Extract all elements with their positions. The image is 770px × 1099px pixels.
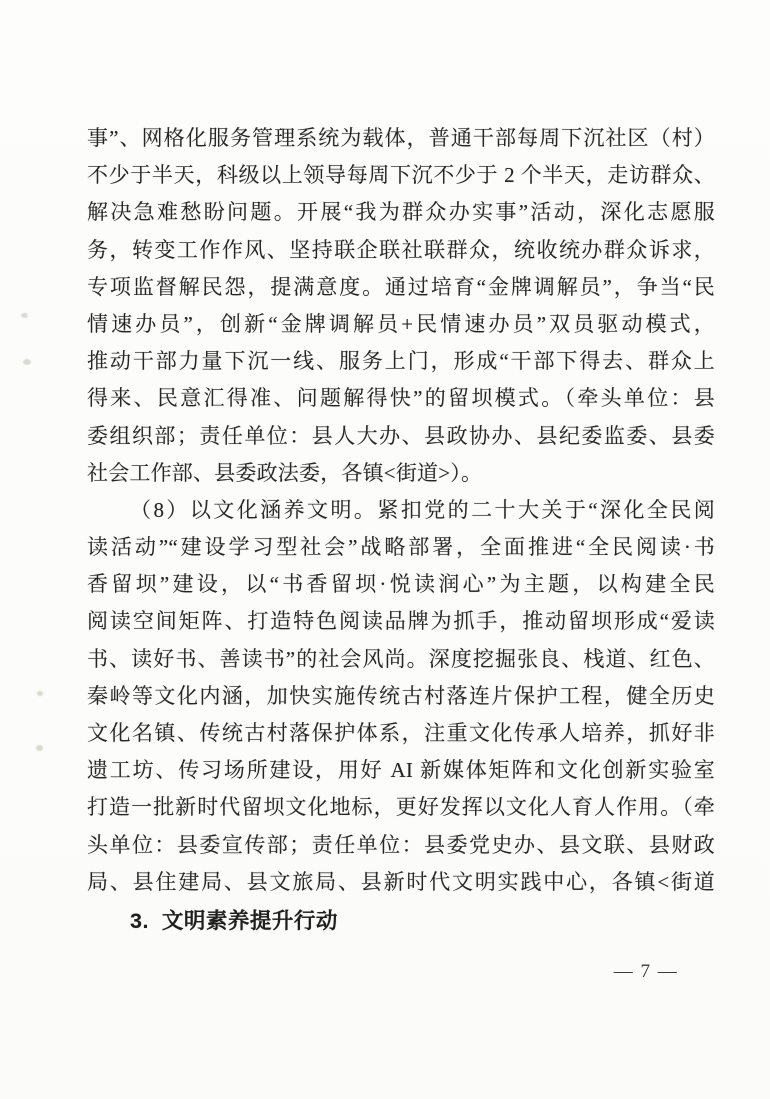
document-page: 事”、网格化服务管理系统为载体，普通干部每周下沉社区（村） 不少于半天，科级以上… xyxy=(0,0,770,1099)
text-line: 解决急难愁盼问题。开展“我为群众办实事”活动，深化志愿服 xyxy=(87,194,715,231)
scan-speck xyxy=(36,745,43,751)
paragraph-1: 事”、网格化服务管理系统为载体，普通干部每周下沉社区（村） 不少于半天，科级以上… xyxy=(87,120,715,492)
text-line: 文化名镇、传统古村落保护体系，注重文化传承人培养，抓好非 xyxy=(87,715,715,752)
text-line: 社会工作部、县委政法委，各镇<街道>）。 xyxy=(87,455,715,492)
paragraph-2: （8）以文化涵养文明。紧扣党的二十大关于“深化全民阅 读活动”“建设学习型社会”… xyxy=(87,492,715,901)
text-line: 读活动”“建设学习型社会”战略部署，全面推进“全民阅读·书 xyxy=(87,529,715,566)
text-line: 阅读空间矩阵、打造特色阅读品牌为抓手，推动留坝形成“爱读 xyxy=(87,603,715,640)
text-line: 事”、网格化服务管理系统为载体，普通干部每周下沉社区（村） xyxy=(87,120,715,157)
text-line: 秦岭等文化内涵，加快实施传统古村落连片保护工程，健全历史 xyxy=(87,678,715,715)
text-line: 专项监督解民怨，提满意度。通过培育“金牌调解员”，争当“民 xyxy=(87,269,715,306)
text-line: 得来、民意汇得准、问题解得快”的留坝模式。（牵头单位：县 xyxy=(87,380,715,417)
document-body: 事”、网格化服务管理系统为载体，普通干部每周下沉社区（村） 不少于半天，科级以上… xyxy=(87,120,715,940)
scan-speck xyxy=(21,313,28,318)
text-line: 打造一批新时代留坝文化地标，更好发挥以文化人育人作用。（牵 xyxy=(87,789,715,826)
scan-speck xyxy=(37,691,43,696)
text-line: （8）以文化涵养文明。紧扣党的二十大关于“深化全民阅 xyxy=(87,492,715,529)
page-number: — 7 — xyxy=(610,961,682,983)
scan-speck xyxy=(23,359,31,365)
text-line: 务，转变工作作风、坚持联企联社联群众，统收统办群众诉求， xyxy=(87,232,715,269)
section-heading: 3. 文明素养提升行动 xyxy=(87,902,715,940)
text-line: 书、读好书、善读书”的社会风尚。深度挖掘张良、栈道、红色、 xyxy=(87,641,715,678)
text-line: 委组织部；责任单位：县人大办、县政协办、县纪委监委、县委 xyxy=(87,418,715,455)
text-line: 头单位：县委宣传部；责任单位：县委党史办、县文联、县财政 xyxy=(87,827,715,864)
text-line: 推动干部力量下沉一线、服务上门，形成“干部下得去、群众上 xyxy=(87,343,715,380)
text-line: 遗工坊、传习场所建设，用好 AI 新媒体矩阵和文化创新实验室 xyxy=(87,752,715,789)
text-line: 局、县住建局、县文旅局、县新时代文明实践中心，各镇<街道>）。 xyxy=(87,864,715,901)
text-line: 不少于半天，科级以上领导每周下沉不少于 2 个半天，走访群众、 xyxy=(87,157,715,194)
text-line: 香留坝”建设，以“书香留坝·悦读润心”为主题，以构建全民 xyxy=(87,566,715,603)
text-line: 情速办员”，创新“金牌调解员+民情速办员”双员驱动模式， xyxy=(87,306,715,343)
